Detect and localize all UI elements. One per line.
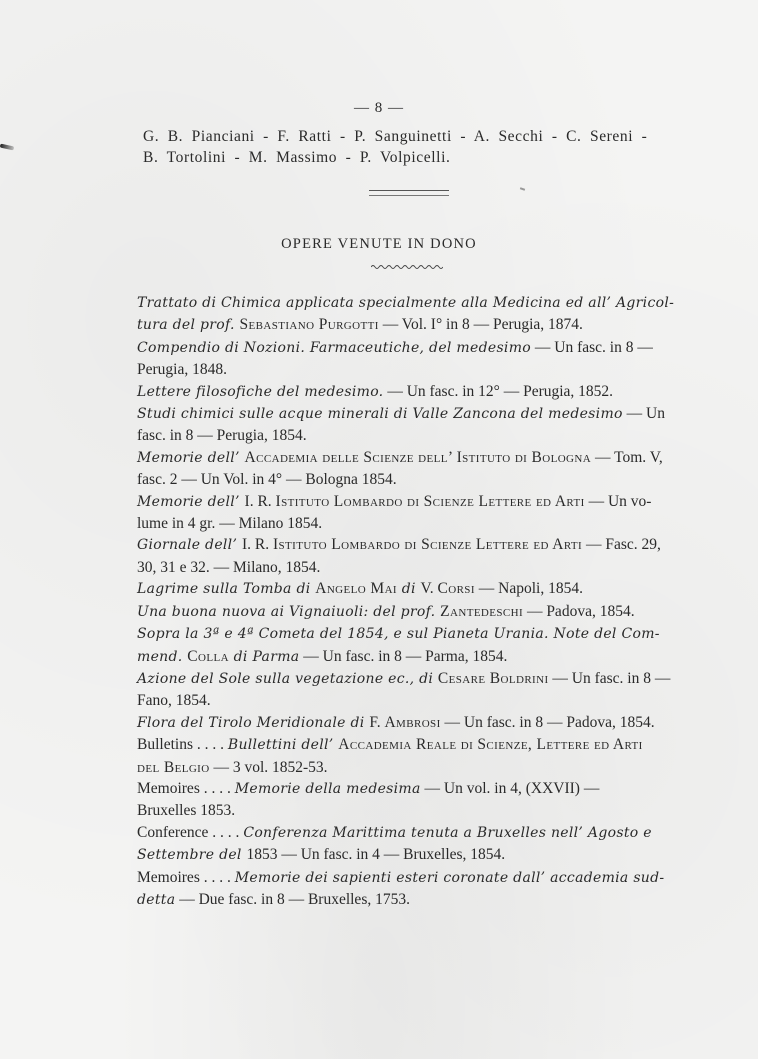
italic-title-text: di Parma <box>229 649 300 665</box>
entry-text: I. R. <box>242 536 273 553</box>
entry-continuation-line: Settembre del 1853 — Un fasc. in 4 — Bru… <box>161 844 673 866</box>
entry-continuation-line: detta — Due fasc. in 8 — Bruxelles, 1753… <box>161 889 673 911</box>
donation-entry: Conference . . . . Conferenza Marittima … <box>137 822 673 867</box>
entry-text: Conference . . . . <box>137 824 243 841</box>
italic-title-text: Memorie dei sapienti esteri coronate dal… <box>235 870 665 886</box>
entry-text: — Un vol. in 4, (XXVII) — <box>421 780 600 797</box>
entry-line: Conference . . . . Conferenza Marittima … <box>161 822 673 844</box>
small-caps-name: Accademia Reale di Scienze, Lettere ed A… <box>338 736 642 753</box>
small-caps-name: Istituto Lombardo di Scienze Lettere ed … <box>276 493 585 510</box>
italic-title-text: Lagrime sulla Tomba di <box>137 581 315 597</box>
small-caps-name: Ambrosi <box>384 714 440 731</box>
entry-line: Lettere filosofiche del medesimo. — Un f… <box>161 381 673 403</box>
entry-text: fasc. 2 — Un Vol. in 4° — Bologna 1854. <box>137 471 397 488</box>
entry-text: Perugia, 1848. <box>137 361 227 378</box>
entry-text: — Un vo- <box>585 493 652 510</box>
entry-continuation-line: 30, 31 e 32. — Milano, 1854. <box>161 557 673 578</box>
entry-text: — Vol. I° in 8 — Perugia, 1874. <box>379 316 583 333</box>
entry-text: — Un fasc. in 12° — Perugia, 1852. <box>383 383 613 400</box>
small-caps-name: Sebastiano Purgotti <box>239 316 378 333</box>
donation-entry: Lagrime sulla Tomba di Angelo Mai di V. … <box>137 578 673 600</box>
entry-text: I. R. <box>245 493 276 510</box>
entry-text: Fano, 1854. <box>137 692 211 709</box>
donation-entry: Memoires . . . . Memorie della medesima … <box>137 778 673 822</box>
donation-entry: Memoires . . . . Memorie dei sapienti es… <box>137 867 673 912</box>
members-line: B. Tortolini - M. Massimo - P. Volpicell… <box>143 147 683 168</box>
italic-title-text: Memorie dell’ <box>137 494 245 510</box>
italic-title-text: Bullettini dell’ <box>228 737 338 753</box>
entry-line: Memoires . . . . Memorie dei sapienti es… <box>161 867 673 889</box>
small-caps-name: Istituto Lombardo di Scienze Lettere ed … <box>273 536 582 553</box>
entry-line: Memorie dell’ Accademia delle Scienze de… <box>161 447 673 469</box>
donation-entry: Bulletins . . . . Bullettini dell’ Accad… <box>137 734 673 778</box>
small-caps-name: Zantedeschi <box>440 603 523 620</box>
page-number: — 8 — <box>0 100 758 117</box>
small-caps-name: Cesare Boldrini <box>438 670 549 687</box>
italic-title-text: tura del prof. <box>137 317 239 333</box>
entry-text: — Un fasc. in 8 — <box>549 670 671 687</box>
small-caps-name: Colla <box>187 648 229 665</box>
donation-entry: Giornale dell’ I. R. Istituto Lombardo d… <box>137 534 673 578</box>
entry-text: — Tom. V, <box>591 449 663 466</box>
section-heading: OPERE VENUTE IN DONO <box>0 236 758 253</box>
italic-title-text: Settembre del <box>137 847 246 863</box>
entry-continuation-line: tura del prof. Sebastiano Purgotti — Vol… <box>161 314 673 336</box>
italic-title-text: Memorie della medesima <box>235 781 421 797</box>
entry-text: — Un fasc. in 8 — Padova, 1854. <box>441 714 655 731</box>
small-caps-name: Accademia delle Scienze dell’ Istituto d… <box>245 449 592 466</box>
entry-continuation-line: lume in 4 gr. — Milano 1854. <box>161 513 673 534</box>
small-caps-name: del Belgio <box>137 759 210 776</box>
entry-line: Trattato di Chimica applicata specialmen… <box>161 292 673 314</box>
entry-line: Sopra la 3ª e 4ª Cometa del 1854, e sul … <box>161 623 673 645</box>
entry-continuation-line: del Belgio — 3 vol. 1852-53. <box>161 757 673 778</box>
entry-text: Bruxelles 1853. <box>137 802 235 819</box>
entry-line: Giornale dell’ I. R. Istituto Lombardo d… <box>161 534 673 556</box>
italic-title-text: Lettere filosofiche del medesimo. <box>137 384 383 400</box>
entry-text: V. <box>421 580 438 597</box>
entry-line: Una buona nuova ai Vignaiuoli: del prof.… <box>161 601 673 623</box>
entry-line: Memoires . . . . Memorie della medesima … <box>161 778 673 800</box>
entry-text: — Padova, 1854. <box>523 603 635 620</box>
entry-line: Memorie dell’ I. R. Istituto Lombardo di… <box>161 491 673 513</box>
entry-continuation-line: Bruxelles 1853. <box>161 800 673 821</box>
donations-list: Trattato di Chimica applicata specialmen… <box>137 292 673 911</box>
entry-continuation-line: Perugia, 1848. <box>161 359 673 380</box>
entry-continuation-line: mend. Colla di Parma — Un fasc. in 8 — P… <box>161 646 673 668</box>
entry-text: — Un fasc. in 8 — <box>531 339 653 356</box>
entry-line: Compendio di Nozioni. Farmaceutiche, del… <box>161 337 673 359</box>
donation-entry: Memorie dell’ I. R. Istituto Lombardo di… <box>137 491 673 535</box>
entry-line: Flora del Tirolo Meridionale di F. Ambro… <box>161 712 673 734</box>
italic-title-text: Una buona nuova ai Vignaiuoli: del prof. <box>137 604 440 620</box>
italic-title-text: Compendio di Nozioni. Farmaceutiche, del… <box>137 340 531 356</box>
entry-text: Memoires . . . . <box>137 869 235 886</box>
entry-text: — Un fasc. in 8 — Parma, 1854. <box>299 648 507 665</box>
entry-text: fasc. in 8 — Perugia, 1854. <box>137 427 307 444</box>
wavy-ornament-divider <box>371 263 443 271</box>
donation-entry: Memorie dell’ Accademia delle Scienze de… <box>137 447 673 491</box>
donation-entry: Compendio di Nozioni. Farmaceutiche, del… <box>137 337 673 381</box>
italic-title-text: Azione del Sole sulla vegetazione ec., d… <box>137 671 438 687</box>
donation-entry: Studi chimici sulle acque minerali di Va… <box>137 403 673 447</box>
donation-entry: Lettere filosofiche del medesimo. — Un f… <box>137 381 673 403</box>
members-line: G. B. Pianciani - F. Ratti - P. Sanguine… <box>143 126 683 147</box>
document-page: — 8 — G. B. Pianciani - F. Ratti - P. Sa… <box>0 0 758 1059</box>
italic-title-text: Giornale dell’ <box>137 537 242 553</box>
entry-text: Bulletins . . . . <box>137 736 228 753</box>
italic-title-text: Trattato di Chimica applicata specialmen… <box>137 295 674 311</box>
entry-text: — Fasc. 29, <box>582 536 661 553</box>
entry-text: F. <box>369 714 384 731</box>
entry-line: Lagrime sulla Tomba di Angelo Mai di V. … <box>161 578 673 600</box>
entry-text: — Napoli, 1854. <box>475 580 583 597</box>
italic-title-text: di <box>397 581 421 597</box>
entry-continuation-line: Fano, 1854. <box>161 690 673 711</box>
italic-title-text: Memorie dell’ <box>137 450 245 466</box>
entry-text: — 3 vol. 1852-53. <box>210 759 328 776</box>
italic-title-text: Sopra la 3ª e 4ª Cometa del 1854, e sul … <box>137 626 660 642</box>
margin-ink-mark <box>0 144 14 151</box>
donation-entry: Flora del Tirolo Meridionale di F. Ambro… <box>137 712 673 734</box>
entry-text: — Due fasc. in 8 — Bruxelles, 1753. <box>175 891 410 908</box>
entry-text: 1853 — Un fasc. in 4 — Bruxelles, 1854. <box>246 846 505 863</box>
italic-title-text: mend. <box>137 649 187 665</box>
italic-title-text: Flora del Tirolo Meridionale di <box>137 715 369 731</box>
entry-continuation-line: fasc. 2 — Un Vol. in 4° — Bologna 1854. <box>161 469 673 490</box>
double-rule-divider <box>369 190 449 196</box>
donation-entry: Una buona nuova ai Vignaiuoli: del prof.… <box>137 601 673 623</box>
entry-text: 30, 31 e 32. — Milano, 1854. <box>137 559 320 576</box>
entry-line: Studi chimici sulle acque minerali di Va… <box>161 403 673 425</box>
donation-entry: Azione del Sole sulla vegetazione ec., d… <box>137 668 673 712</box>
italic-title-text: Conferenza Marittima tenuta a Bruxelles … <box>243 825 652 841</box>
entry-text: Memoires . . . . <box>137 780 235 797</box>
members-list: G. B. Pianciani - F. Ratti - P. Sanguine… <box>143 126 683 168</box>
small-caps-name: Angelo Mai <box>315 580 397 597</box>
entry-line: Azione del Sole sulla vegetazione ec., d… <box>161 668 673 690</box>
entry-line: Bulletins . . . . Bullettini dell’ Accad… <box>161 734 673 756</box>
entry-text: lume in 4 gr. — Milano 1854. <box>137 515 322 532</box>
entry-text: — Un <box>623 405 665 422</box>
italic-title-text: detta <box>137 892 175 908</box>
donation-entry: Trattato di Chimica applicata specialmen… <box>137 292 673 337</box>
paper-speck <box>520 187 525 191</box>
entry-continuation-line: fasc. in 8 — Perugia, 1854. <box>161 425 673 446</box>
italic-title-text: Studi chimici sulle acque minerali di Va… <box>137 406 623 422</box>
small-caps-name: Corsi <box>437 580 474 597</box>
donation-entry: Sopra la 3ª e 4ª Cometa del 1854, e sul … <box>137 623 673 668</box>
